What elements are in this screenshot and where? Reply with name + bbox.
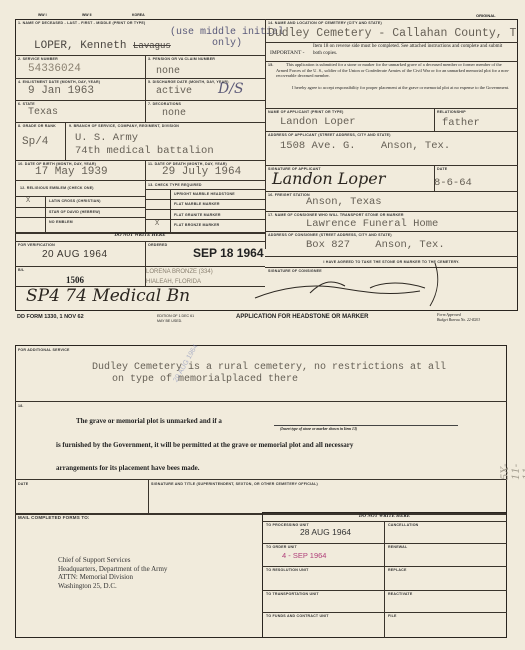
cemetery-label: 14. NAME AND LOCATION OF CEMETERY (City … — [268, 21, 382, 25]
contractor-line-1: LORENA BRONZE (334) — [146, 269, 213, 275]
mail-to-label: MAIL COMPLETED FORMS TO: — [18, 515, 90, 520]
item18-number: 18. — [18, 404, 24, 408]
enlistment-label: 4. ENLISTMENT DATE (Month, day, year) — [18, 80, 100, 84]
routing-right-label: RENEWAL — [388, 545, 407, 549]
relationship-label: RELATIONSHIP — [437, 110, 466, 114]
divider — [145, 189, 265, 190]
divider — [15, 78, 265, 79]
divider — [15, 217, 145, 218]
divider — [15, 479, 507, 480]
divider — [15, 196, 145, 197]
routing-left-label: TO ORDER UNIT — [266, 545, 297, 549]
processing-stamp: 28 AUG 1964 — [300, 527, 351, 537]
divider — [15, 266, 265, 267]
statement-insert-note: (Insert type of stone or marker shown in… — [280, 427, 357, 431]
divider — [262, 612, 507, 613]
address-value[interactable]: 1508 Ave. G. Anson, Tex. — [280, 140, 450, 152]
consignee-address-value[interactable]: Box 827 Anson, Tex. — [306, 239, 445, 251]
divider — [384, 521, 385, 638]
verification-stamp: 20 AUG 1964 — [42, 249, 108, 260]
header-ww1: WW I — [38, 13, 47, 17]
discharge-value[interactable]: active — [156, 86, 192, 97]
divider — [265, 231, 518, 232]
routing-right-label: FILE — [388, 614, 397, 618]
name-middle-struck: Lavagus — [133, 41, 171, 51]
divider — [265, 165, 518, 166]
routing-left-label: TO FUNDS AND CONTRACT UNIT — [266, 614, 329, 618]
statement-part-3: arrangements for its placement have bees… — [56, 464, 200, 472]
state-label: 6. STATE — [18, 102, 35, 106]
divider — [145, 199, 265, 200]
routing-left-label: TO TRANSPORTATION UNIT — [266, 592, 319, 596]
header-ww2: WW II — [82, 13, 92, 17]
type-option-label: FLAT BRONZE MARKER — [174, 223, 219, 227]
divider — [148, 479, 149, 513]
birth-value[interactable]: 17 May 1939 — [35, 166, 108, 178]
order-stamp: 4 - SEP 1964 — [282, 551, 326, 560]
ordered-label: ORDERED — [148, 243, 167, 247]
date-value[interactable]: 8-6-64 — [434, 177, 472, 189]
type-label: 13. CHECK TYPE REQUIRED — [148, 183, 202, 187]
name-value[interactable]: LOPER, Kenneth Lavagus — [34, 40, 171, 52]
mail-line: ATTN: Memorial Division — [58, 573, 167, 582]
routing-left-label: TO RESOLUTION UNIT — [266, 568, 308, 572]
item15-number: 15. — [268, 63, 274, 67]
emblem-option-label: STAR OF DAVID (Hebrew) — [49, 210, 100, 214]
routing-right-label: CANCELLATION — [388, 523, 418, 527]
state-value[interactable]: Texas — [28, 107, 58, 118]
additional-service-label: FOR ADDITIONAL SERVICE — [18, 348, 70, 352]
header-korea: KOREA — [132, 13, 145, 17]
type-option-label: FLAT MARBLE MARKER — [174, 202, 220, 206]
divider — [15, 100, 265, 101]
address-label: ADDRESS OF APPLICANT (Street address, Ci… — [268, 133, 391, 137]
handwritten-note: SP4 74 Medical Bn — [26, 286, 190, 306]
emblem-label: 12. RELIGIOUS EMBLEM (Check one) — [20, 186, 94, 190]
mail-address: Chief of Support Services Headquarters, … — [58, 556, 167, 590]
emblem-option-label: NO EMBLEM — [49, 220, 73, 224]
type-option-label: FLAT GRANITE MARKER — [174, 213, 221, 217]
divider — [145, 219, 265, 220]
freight-label: 16. FREIGHT STATION — [268, 193, 310, 197]
routing-right-label: REACTIVATE — [388, 592, 412, 596]
verification-label: FOR VERIFICATION — [18, 243, 55, 247]
date-label: DATE — [437, 167, 447, 171]
branch-value-1[interactable]: U. S. Army — [75, 132, 138, 144]
service-number-label: 2. SERVICE NUMBER — [18, 57, 58, 61]
mail-line: Headquarters, Department of the Army — [58, 565, 167, 574]
divider — [265, 256, 518, 257]
divider — [265, 211, 518, 212]
divider — [262, 566, 507, 567]
emblem-checkbox[interactable]: X — [26, 197, 30, 205]
branch-value-2[interactable]: 74th medical battalion — [75, 145, 214, 157]
divider — [15, 160, 265, 161]
decorations-value[interactable]: none — [162, 108, 186, 119]
item15-agree: I hereby agree to accept responsibility … — [276, 85, 512, 91]
additional-line-2[interactable]: on type of memorialplaced there — [112, 374, 298, 385]
applicant-value[interactable]: Landon Loper — [280, 116, 356, 128]
consignee-value[interactable]: Lawrence Funeral Home — [306, 218, 438, 230]
pension-label: 3. PENSION OR VA CLAIM NUMBER — [148, 57, 215, 61]
divider — [145, 160, 146, 232]
consignee-signature[interactable] — [250, 258, 465, 308]
grade-value[interactable]: Sp/4 — [22, 136, 48, 148]
bl-value: 1506 — [66, 275, 84, 285]
official-signature-label: SIGNATURE AND TITLE (Superintendent, Sex… — [151, 482, 318, 486]
divider — [15, 122, 265, 123]
header-original: ORIGINAL — [476, 13, 496, 18]
routing-do-not-write: DO NOT WRITE HERE — [262, 514, 507, 519]
cemetery-value[interactable]: Dudley Cemetery - Callahan County, Tex — [268, 27, 517, 40]
name-label: 1. NAME OF DECEASED - LAST - FIRST - MID… — [18, 21, 145, 25]
name-text: LOPER, Kenneth — [34, 40, 126, 52]
form-title: APPLICATION FOR HEADSTONE OR MARKER — [236, 314, 368, 320]
item15-text: This application is submitted for a ston… — [276, 62, 512, 79]
statement-part-1: The grave or memorial plot is unmarked a… — [76, 417, 222, 425]
divider — [265, 108, 518, 109]
divider — [265, 191, 518, 192]
type-option-label: UPRIGHT MARBLE HEADSTONE — [174, 192, 235, 196]
divider — [145, 209, 265, 210]
contractor-line-2: HIALEAH, FLORIDA — [146, 279, 201, 285]
mail-line: Washington 25, D.C. — [58, 582, 167, 591]
divider — [265, 19, 266, 249]
important-text: Item 18 on reverse side must be complete… — [313, 44, 511, 57]
discharge-label: 5. DISCHARGE DATE (Month, day, year) — [148, 80, 229, 84]
approval-1: Form Approved — [437, 313, 461, 317]
service-number-value[interactable]: 54336024 — [28, 63, 81, 75]
divider — [15, 207, 145, 208]
divider — [265, 42, 518, 43]
divider — [170, 189, 171, 232]
reverse-date-label: DATE — [18, 482, 28, 486]
divider — [15, 401, 507, 402]
additional-line-1[interactable]: Dudley Cemetery is a rural cemetery, no … — [92, 362, 446, 373]
statement-part-2: is furnished by the Government, it will … — [56, 441, 353, 449]
name-note: (use middle initial — [170, 27, 284, 38]
divider — [145, 100, 146, 122]
enlistment-value[interactable]: 9 Jan 1963 — [28, 85, 94, 97]
type-checkbox[interactable]: X — [155, 220, 159, 228]
freight-value[interactable]: Anson, Texas — [306, 196, 382, 208]
consignee-address-label: ADDRESS OF CONSIGNEE (Street address, Ci… — [268, 233, 392, 237]
relationship-value[interactable]: father — [442, 117, 480, 129]
do-not-write-header: DO NOT WRITE HERE — [15, 233, 265, 238]
branch-label: 9. BRANCH OF SERVICE, COMPANY, REGIMENT,… — [69, 124, 179, 128]
divider — [262, 590, 507, 591]
applicant-signature[interactable]: Landon Loper — [272, 169, 385, 188]
divider — [265, 131, 518, 132]
edition-note: EDITION OF 1 DEC 61 MAY BE USED. — [157, 314, 197, 323]
divider — [434, 108, 435, 131]
routing-right-label: REPLACE — [388, 568, 407, 572]
grade-label: 8. GRADE OR RANK — [18, 124, 58, 128]
form-id: DD FORM 1330, 1 NOV 62 — [17, 314, 84, 320]
applicant-label: NAME OF APPLICANT (Print or Type) — [268, 110, 344, 114]
mail-line: Chief of Support Services — [58, 556, 167, 565]
side-handwritten-note: 5X-11-11 — [500, 455, 525, 480]
stone-type-line[interactable] — [274, 425, 458, 426]
divider — [262, 543, 507, 544]
divider — [45, 196, 46, 232]
approval-2: Budget Bureau No. 22-R203 — [437, 318, 480, 322]
name-note2: only) — [212, 38, 242, 49]
divider — [15, 241, 265, 242]
divider — [65, 122, 66, 160]
divider — [15, 180, 265, 181]
important-label: IMPORTANT - — [270, 50, 304, 56]
divider — [15, 55, 265, 56]
bl-label: B/L — [18, 268, 24, 272]
emblem-option-label: LATIN CROSS (Christian) — [49, 199, 101, 203]
death-value[interactable]: 29 July 1964 — [162, 166, 241, 178]
pension-value[interactable]: none — [156, 66, 180, 77]
consignee-label: 17. NAME OF CONSIGNEE WHO WILL TRANSPORT… — [268, 213, 404, 217]
decorations-label: 7. DECORATIONS — [148, 102, 181, 106]
discharge-handwritten: D/S — [218, 81, 244, 97]
